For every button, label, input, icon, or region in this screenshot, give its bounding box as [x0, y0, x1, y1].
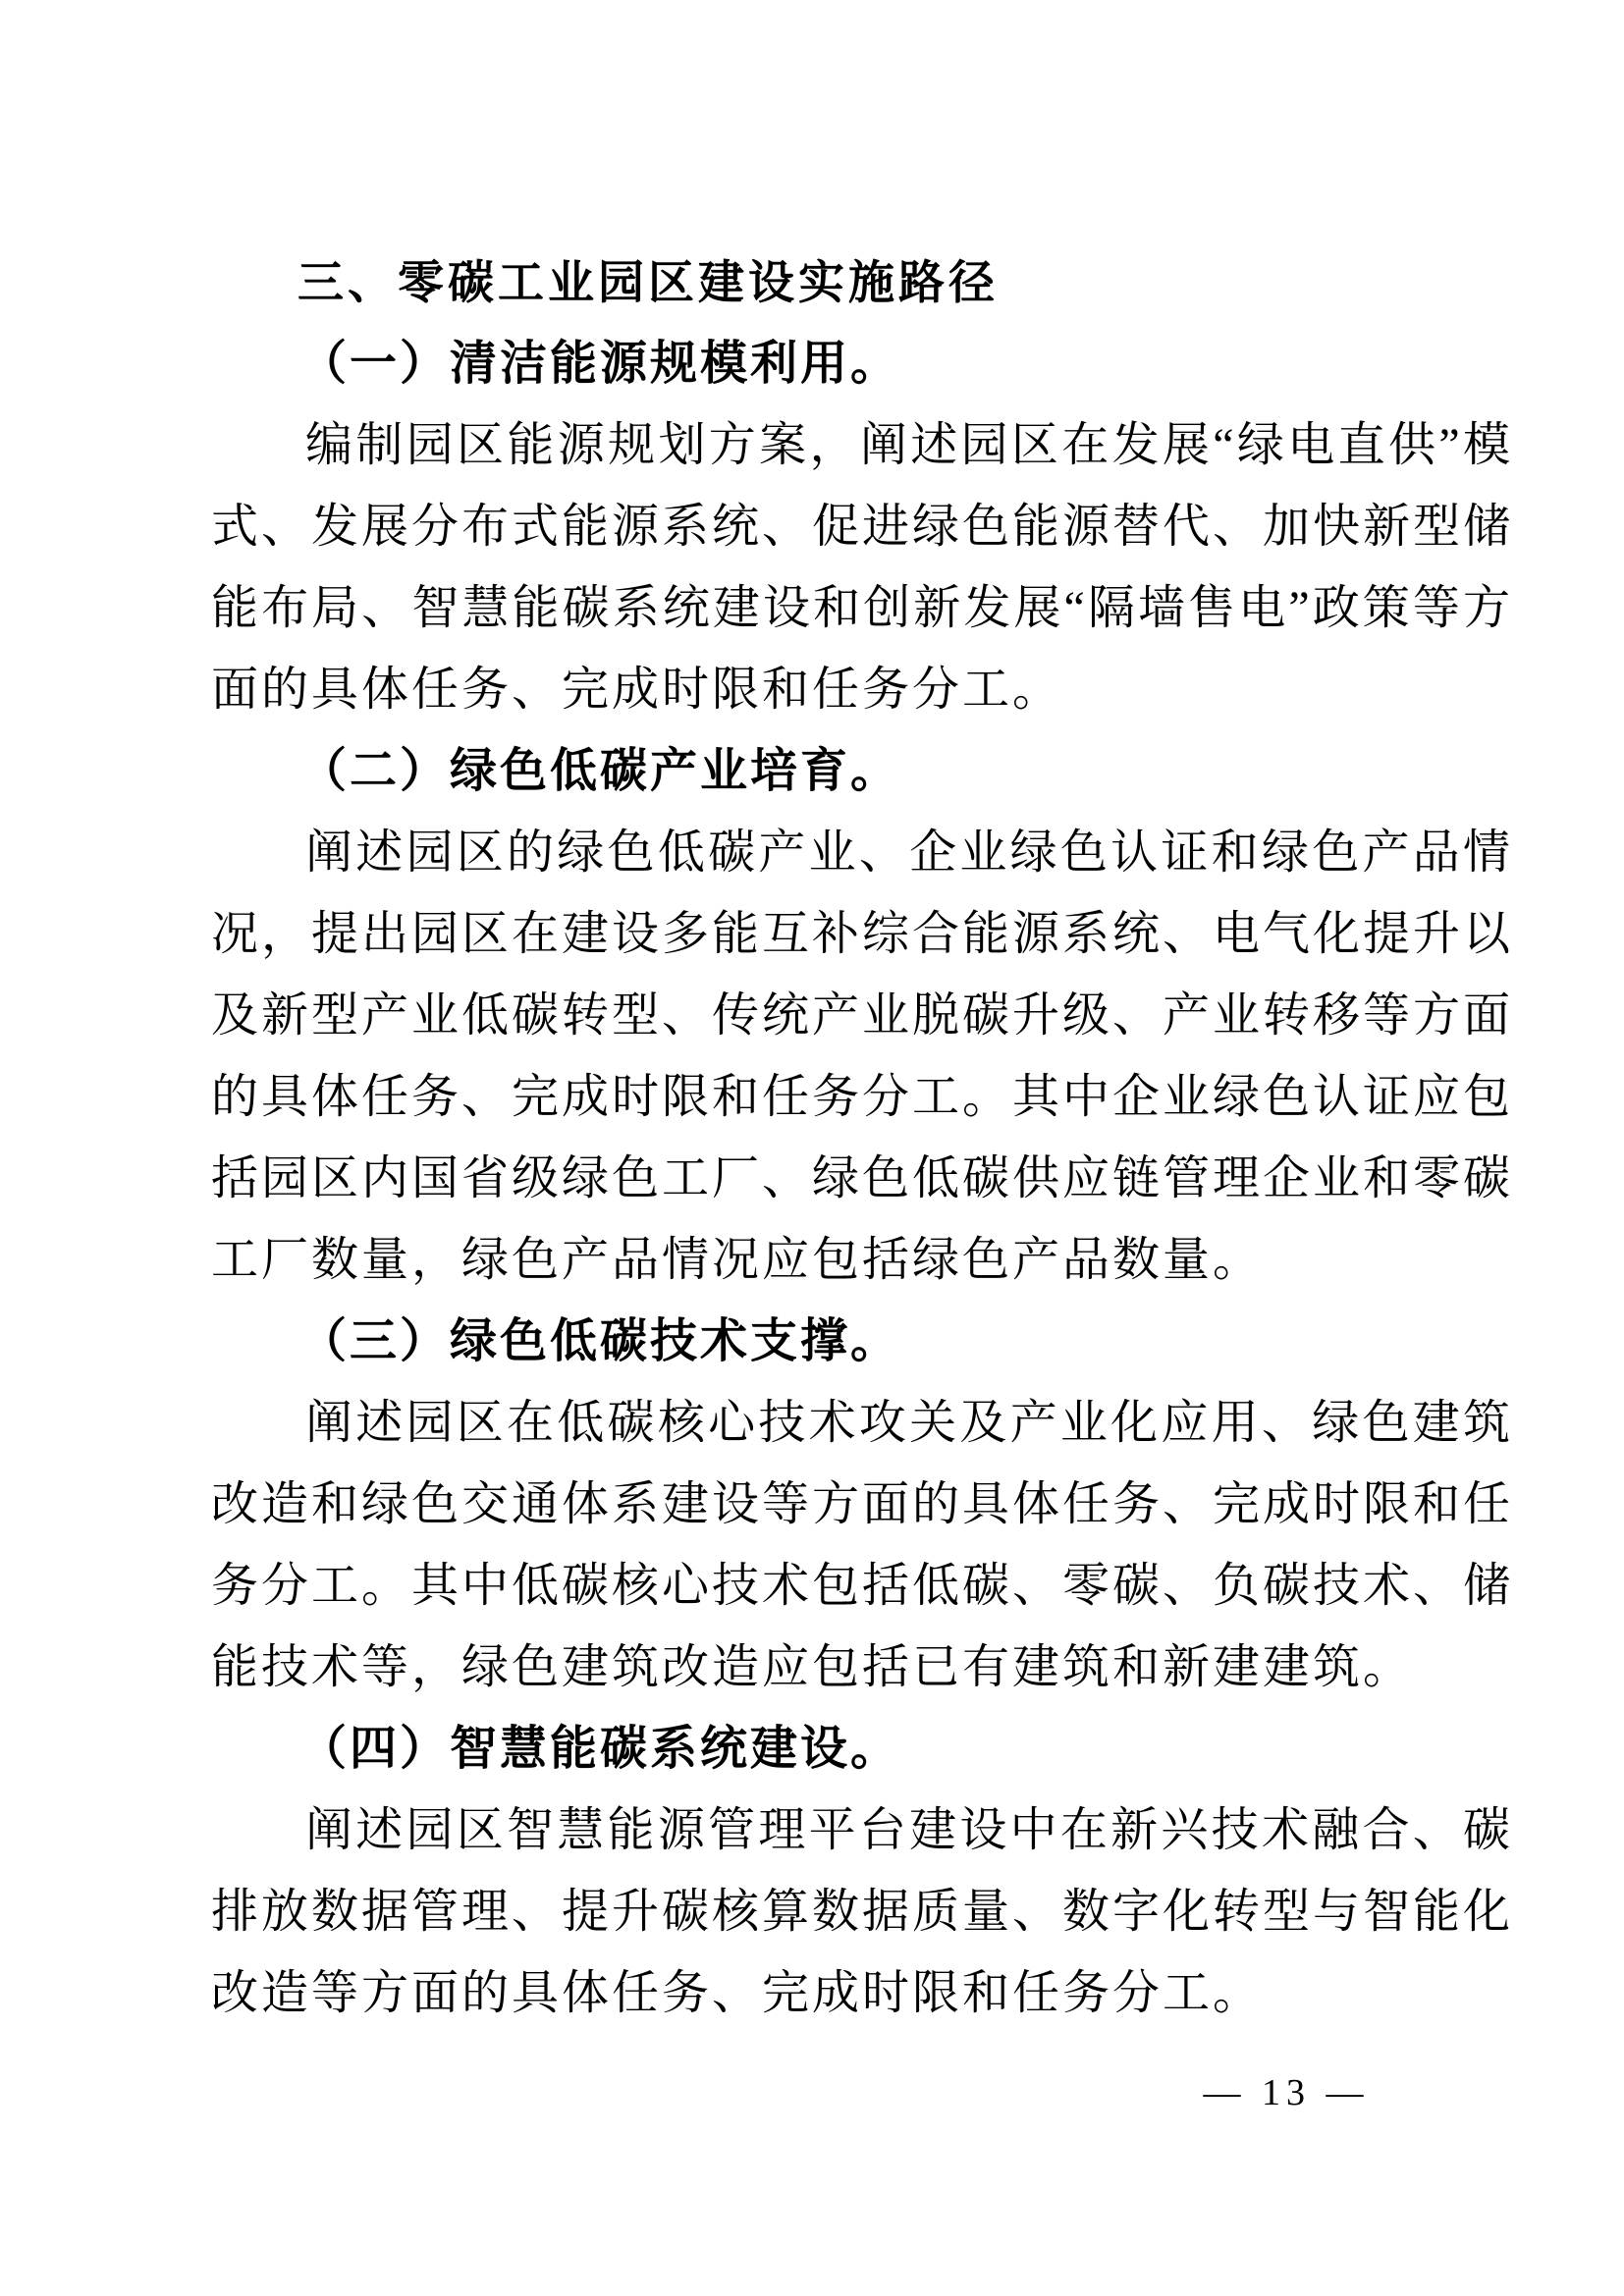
section-paragraph: 编制园区能源规划方案，阐述园区在发展“绿电直供”模式、发展分布式能源系统、促进绿…: [211, 404, 1513, 730]
document-section: （四）智慧能碳系统建设。 阐述园区智慧能源管理平台建设中在新兴技术融合、碳排放数…: [211, 1708, 1513, 2034]
section-subheading: （一）清洁能源规模利用。: [211, 323, 1513, 404]
section-subheading: （二）绿色低碳产业培育。: [211, 730, 1513, 812]
section-paragraph: 阐述园区智慧能源管理平台建设中在新兴技术融合、碳排放数据管理、提升碳核算数据质量…: [211, 1789, 1513, 2034]
section-subheading: （四）智慧能碳系统建设。: [211, 1708, 1513, 1789]
document-heading: 三、零碳工业园区建设实施路径: [211, 241, 1513, 323]
document-page: 三、零碳工业园区建设实施路径 （一）清洁能源规模利用。 编制园区能源规划方案，阐…: [0, 0, 1624, 2296]
section-paragraph: 阐述园区的绿色低碳产业、企业绿色认证和绿色产品情况，提出园区在建设多能互补综合能…: [211, 812, 1513, 1301]
document-content: 三、零碳工业园区建设实施路径 （一）清洁能源规模利用。 编制园区能源规划方案，阐…: [211, 241, 1513, 2034]
section-subheading: （三）绿色低碳技术支撑。: [211, 1301, 1513, 1382]
document-section: （二）绿色低碳产业培育。 阐述园区的绿色低碳产业、企业绿色认证和绿色产品情况，提…: [211, 730, 1513, 1301]
page-number: — 13 —: [1139, 2069, 1434, 2116]
document-section: （一）清洁能源规模利用。 编制园区能源规划方案，阐述园区在发展“绿电直供”模式、…: [211, 323, 1513, 730]
section-paragraph: 阐述园区在低碳核心技术攻关及产业化应用、绿色建筑改造和绿色交通体系建设等方面的具…: [211, 1382, 1513, 1708]
document-section: （三）绿色低碳技术支撑。 阐述园区在低碳核心技术攻关及产业化应用、绿色建筑改造和…: [211, 1301, 1513, 1708]
